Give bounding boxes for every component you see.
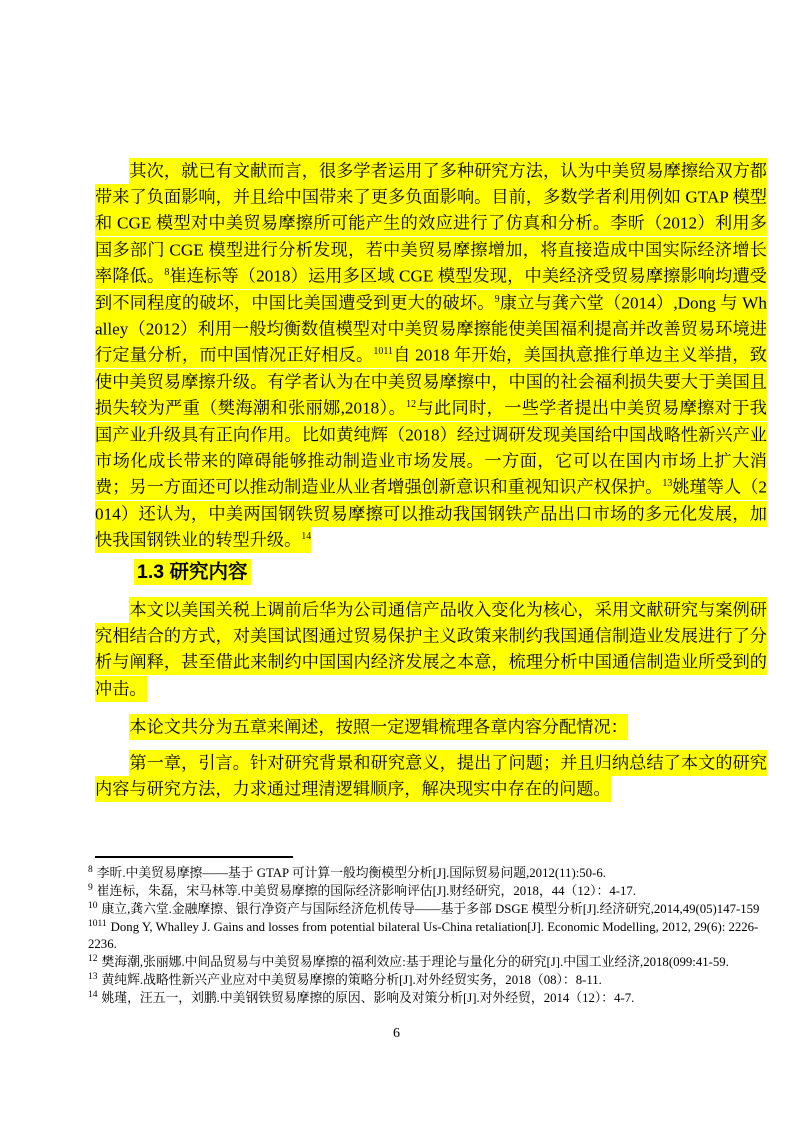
paragraph-chapter-overview: 本论文共分为五章来阐述，按照一定逻辑梳理各章内容分配情况： bbox=[95, 715, 767, 741]
footnote-item-8: 8李昕.中美贸易摩擦——基于 GTAP 可计算一般均衡模型分析[J].国际贸易问… bbox=[88, 865, 764, 882]
footnote-item-13: 13黄纯辉.战略性新兴产业应对中美贸易摩擦的策略分析[J].对外经贸实务，201… bbox=[88, 972, 764, 989]
footnote-item-9: 9崔连标，朱磊，宋马林等.中美贸易摩擦的国际经济影响评估[J].财经研究，201… bbox=[88, 883, 764, 900]
section-heading-1-3: 1.3 研究内容 bbox=[95, 559, 767, 586]
footnote-item-14: 14姚瑾，汪五一，刘鹏.中美钢铁贸易摩擦的原因、影响及对策分析[J].对外经贸，… bbox=[88, 990, 764, 1007]
footnote-text: 李昕.中美贸易摩擦——基于 GTAP 可计算一般均衡模型分析[J].国际贸易问题… bbox=[97, 866, 606, 880]
highlight-run: 其次，就已有文献而言，很多学者运用了多种研究方法，认为中美贸易摩擦给双方都带来了… bbox=[95, 158, 767, 554]
footnote-text: Dong Y, Whalley J. Gains and losses from… bbox=[88, 920, 758, 951]
footnote-text: 姚瑾，汪五一，刘鹏.中美钢铁贸易摩擦的原因、影响及对策分析[J].对外经贸，20… bbox=[102, 991, 635, 1005]
footnote-text: 黄纯辉.战略性新兴产业应对中美贸易摩擦的策略分析[J].对外经贸实务，2018（… bbox=[102, 973, 602, 987]
footnote-marker: 9 bbox=[88, 883, 93, 893]
footnote-item-1011: 1011Dong Y, Whalley J. Gains and losses … bbox=[88, 919, 764, 953]
highlight-run: 本文以美国关税上调前后华为公司通信产品收入变化为核心，采用文献研究与案例研究相结… bbox=[95, 597, 767, 702]
footnote-marker: 12 bbox=[88, 954, 98, 964]
footnote-marker: 13 bbox=[88, 972, 98, 982]
footnote-ref-13: 13 bbox=[662, 478, 672, 489]
footnote-item-12: 12樊海潮,张丽娜.中间品贸易与中美贸易摩擦的福利效应:基于理论与量化分的研究[… bbox=[88, 954, 764, 971]
footnote-item-10: 10康立,龚六堂.金融摩擦、银行净资产与国际经济危机传导——基于多部 DSGE … bbox=[88, 901, 764, 918]
footnote-ref-12: 12 bbox=[406, 399, 416, 410]
footnote-ref-1011: 1011 bbox=[373, 346, 393, 357]
footnote-text: 崔连标，朱磊，宋马林等.中美贸易摩擦的国际经济影响评估[J].财经研究，2018… bbox=[97, 884, 636, 898]
document-body: 其次，就已有文献而言，很多学者运用了多种研究方法，认为中美贸易摩擦给双方都带来了… bbox=[95, 158, 767, 803]
footnote-separator bbox=[95, 856, 293, 858]
footnote-text: 樊海潮,张丽娜.中间品贸易与中美贸易摩擦的福利效应:基于理论与量化分的研究[J]… bbox=[102, 955, 729, 969]
footnote-marker: 8 bbox=[88, 865, 93, 875]
highlight-heading: 1.3 研究内容 bbox=[134, 559, 251, 585]
footnote-marker: 10 bbox=[88, 901, 98, 911]
footnote-text: 康立,龚六堂.金融摩擦、银行净资产与国际经济危机传导——基于多部 DSGE 模型… bbox=[102, 902, 760, 916]
footnote-ref-14: 14 bbox=[301, 531, 311, 542]
document-page: 其次，就已有文献而言，很多学者运用了多种研究方法，认为中美贸易摩擦给双方都带来了… bbox=[0, 0, 793, 1122]
highlight-run: 本论文共分为五章来阐述，按照一定逻辑梳理各章内容分配情况： bbox=[129, 714, 627, 740]
paragraph-research-content: 本文以美国关税上调前后华为公司通信产品收入变化为核心，采用文献研究与案例研究相结… bbox=[95, 597, 767, 703]
highlight-run: 第一章，引言。针对研究背景和研究意义，提出了问题；并且归纳总结了本文的研究内容与… bbox=[95, 750, 767, 802]
paragraph-literature-review: 其次，就已有文献而言，很多学者运用了多种研究方法，认为中美贸易摩擦给双方都带来了… bbox=[95, 158, 767, 554]
footnote-marker: 1011 bbox=[88, 919, 107, 929]
footnote-marker: 14 bbox=[88, 990, 98, 1000]
footnotes-section: 8李昕.中美贸易摩擦——基于 GTAP 可计算一般均衡模型分析[J].国际贸易问… bbox=[88, 856, 764, 1008]
paragraph-chapter-one: 第一章，引言。针对研究背景和研究意义，提出了问题；并且归纳总结了本文的研究内容与… bbox=[95, 750, 767, 803]
page-number: 6 bbox=[0, 1026, 793, 1042]
